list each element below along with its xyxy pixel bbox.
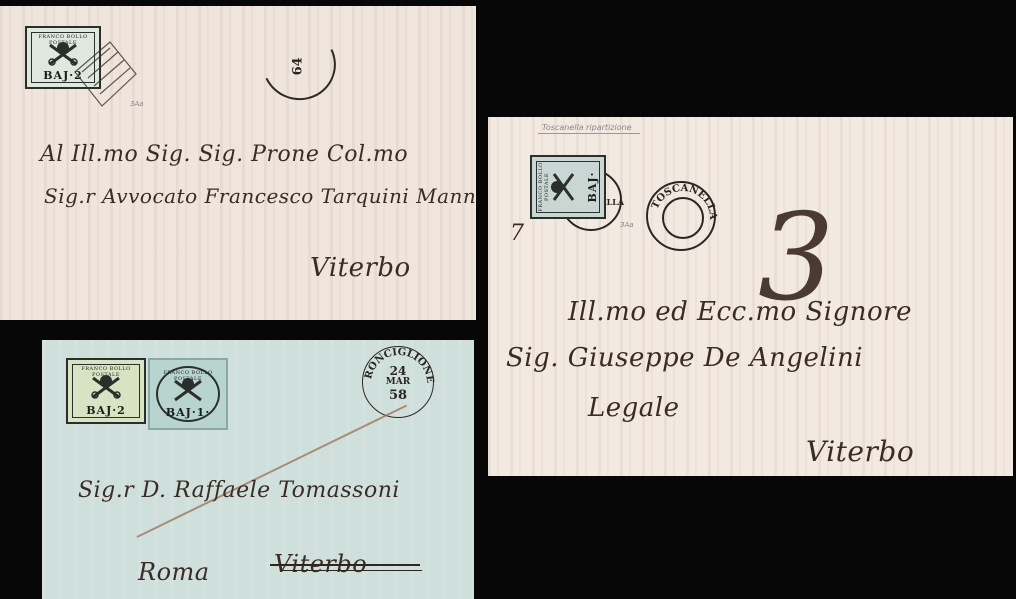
postal-cover-2: Toscanella ripartizione TOSCANELLA FRANC…	[488, 117, 1013, 476]
address-line-3: Legale	[588, 393, 680, 423]
address-line-1: Ill.mo ed Ecc.mo Signore	[568, 297, 912, 327]
address-line-1: Sig.r D. Raffaele Tomassoni	[78, 478, 400, 503]
address-line-3: Viterbo	[310, 253, 411, 283]
papal-keys-emblem-icon	[88, 372, 124, 400]
postal-cover-3: FRANCO BOLLO POSTALE BAJ·2 FRANCO BOLLO …	[42, 340, 474, 599]
toscanella-ring-text: TOSCANELLA	[648, 183, 718, 253]
toscanella-double-circle-postmark: TOSCANELLA	[646, 181, 716, 251]
svg-text:TOSCANELLA: TOSCANELLA	[650, 183, 718, 220]
address-line-2: Sig. Giuseppe De Angelini	[506, 343, 863, 373]
circular-date-postmark: 64	[252, 18, 346, 111]
strike-through-line	[282, 570, 422, 571]
address-line-2: Sig.r Avvocato Francesco Tarquini Mannuc…	[44, 184, 476, 208]
address-line-1: Al Ill.mo Sig. Sig. Prone Col.mo	[40, 142, 408, 167]
stamp-baj-1: FRANCO BOLLO POSTALE BAJ·1·	[148, 358, 228, 430]
address-line-2: Roma	[138, 558, 210, 586]
strike-through-line	[270, 564, 420, 566]
stamp-baj: FRANCO BOLLO POSTALE BAJ·	[530, 155, 606, 219]
manuscript-mark-7: 7	[510, 221, 525, 246]
papal-keys-emblem-icon	[548, 169, 576, 205]
papal-keys-emblem-icon	[170, 375, 206, 403]
address-line-4: Viterbo	[806, 435, 914, 468]
stamp-baj-2: FRANCO BOLLO POSTALE BAJ·2	[66, 358, 146, 424]
postal-cover-1: FRANCO BOLLO POSTALE BAJ·2 64 3Aa Al Ill…	[0, 6, 476, 320]
